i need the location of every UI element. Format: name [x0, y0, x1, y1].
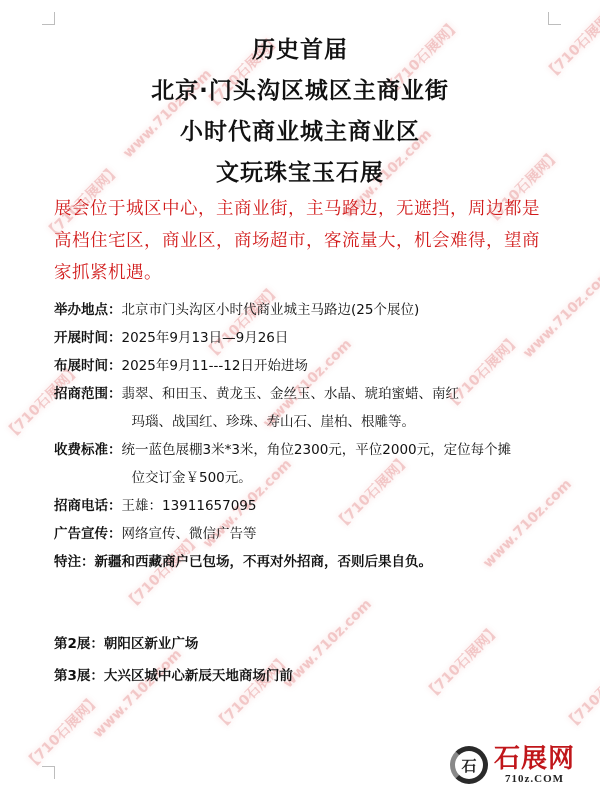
stone-logo-icon: 石: [450, 746, 488, 784]
phone-label: 招商电话：: [54, 492, 122, 520]
setup-time-value: 2025年9月11---12日开始进场: [122, 352, 555, 380]
phone-value: 王雄：13911657095: [122, 492, 555, 520]
scope-row: 招商范围： 翡翠、和田玉、黄龙玉、金丝玉、水晶、琥珀蜜蜡、南红 玛瑙、战国红、珍…: [54, 380, 554, 436]
scope-label: 招商范围：: [54, 380, 122, 436]
fees-value-line-2: 位交订金￥500元。: [122, 464, 555, 492]
fees-row: 收费标准： 统一蓝色展棚3米*3米，角位2300元，平位2000元，定位每个摊 …: [54, 436, 554, 492]
venue-label: 举办地点：: [54, 296, 122, 324]
third-show: 第3展：大兴区城中心新辰天地商场门前: [54, 660, 293, 692]
promo-label: 广告宣传：: [54, 520, 122, 548]
special-note: 特注：新疆和西藏商户已包场，不再对外招商，否则后果自负。: [54, 548, 554, 576]
scope-value-line-2: 玛瑙、战国红、珍珠、寿山石、崖柏、根雕等。: [122, 408, 555, 436]
venue-row: 举办地点： 北京市门头沟区小时代商业城主马路边(25个展位): [54, 296, 554, 324]
watermark: 【710石展网】: [420, 620, 504, 704]
fees-value: 统一蓝色展棚3米*3米，角位2300元，平位2000元，定位每个摊 位交订金￥5…: [122, 436, 555, 492]
logo-text: 石展网 710z.COM: [494, 745, 575, 785]
logo-domain: 710z.COM: [505, 773, 564, 785]
open-time-value: 2025年9月13日—9月26日: [122, 324, 555, 352]
watermark: www.710z.com: [280, 596, 375, 691]
document-page: 历史首届 北京·门头沟区城区主商业街 小时代商业城主商业区 文玩珠宝玉石展 展会…: [0, 0, 600, 194]
watermark: 【710石展网】: [560, 650, 600, 734]
setup-time-row: 布展时间： 2025年9月11---12日开始进场: [54, 352, 554, 380]
scope-value-line-1: 翡翠、和田玉、黄龙玉、金丝玉、水晶、琥珀蜜蜡、南红: [122, 386, 460, 402]
watermark: 【710石展网】: [20, 690, 104, 774]
title-line-3: 小时代商业城主商业区: [0, 112, 600, 153]
title-line-1: 历史首届: [0, 30, 600, 71]
venue-value: 北京市门头沟区小时代商业城主马路边(25个展位): [122, 296, 555, 324]
setup-time-label: 布展时间：: [54, 352, 122, 380]
logo-name: 石展网: [494, 745, 575, 773]
scope-value: 翡翠、和田玉、黄龙玉、金丝玉、水晶、琥珀蜜蜡、南红 玛瑙、战国红、珍珠、寿山石、…: [122, 380, 555, 436]
crop-mark-bottom-left: [42, 766, 55, 779]
title-line-2: 北京·门头沟区城区主商业街: [0, 71, 600, 112]
info-section: 举办地点： 北京市门头沟区小时代商业城主马路边(25个展位) 开展时间： 202…: [54, 296, 554, 576]
phone-row: 招商电话： 王雄：13911657095: [54, 492, 554, 520]
page-title: 历史首届 北京·门头沟区城区主商业街 小时代商业城主商业区 文玩珠宝玉石展: [0, 30, 600, 194]
additional-shows: 第2展：朝阳区新业广场 第3展：大兴区城中心新辰天地商场门前: [54, 628, 293, 692]
fees-value-line-1: 统一蓝色展棚3米*3米，角位2300元，平位2000元，定位每个摊: [122, 442, 512, 458]
highlight-paragraph: 展会位于城区中心，主商业街，主马路边，无遮挡，周边都是高档住宅区，商业区，商场超…: [54, 193, 554, 289]
fees-label: 收费标准：: [54, 436, 122, 492]
site-logo: 石 石展网 710z.COM: [450, 745, 575, 785]
second-show: 第2展：朝阳区新业广场: [54, 628, 293, 660]
open-time-label: 开展时间：: [54, 324, 122, 352]
open-time-row: 开展时间： 2025年9月13日—9月26日: [54, 324, 554, 352]
title-line-4: 文玩珠宝玉石展: [0, 153, 600, 194]
promo-value: 网络宣传、微信广告等: [122, 520, 555, 548]
promo-row: 广告宣传： 网络宣传、微信广告等: [54, 520, 554, 548]
